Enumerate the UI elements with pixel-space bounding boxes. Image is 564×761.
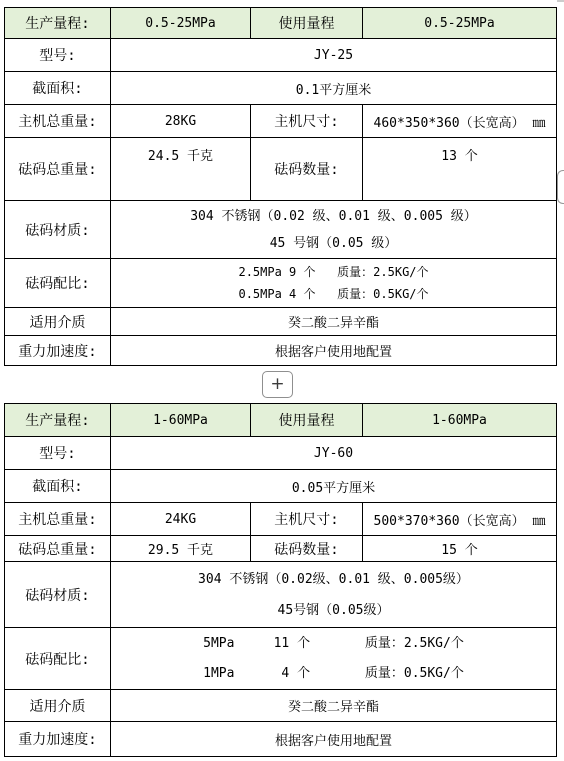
label-gravity: 重力加速度: [5, 722, 111, 757]
value-model: JY-60 [111, 437, 557, 470]
value-weight-total: 29.5 千克 [111, 536, 251, 562]
ratio-line-1: 2.5MPa 9 个 质量：2.5KG/个 [111, 261, 556, 283]
label-model: 型号: [5, 437, 111, 470]
value-weight-total: 24.5 千克 [111, 138, 251, 201]
label-weight-total: 砝码总重量: [5, 536, 111, 562]
value-weight-material: 304 不锈钢（0.02级、0.01 级、0.005级） 45号钢（0.05级） [111, 562, 557, 628]
value-weight-count: 13 个 [363, 138, 557, 201]
table-row: 重力加速度: 根据客户使用地配置 [5, 336, 557, 366]
material-line-1: 304 不锈钢（0.02级、0.01 级、0.005级） [111, 564, 556, 595]
value-gravity: 根据客户使用地配置 [111, 336, 557, 366]
table-row: 截面积: 0.05平方厘米 [5, 470, 557, 503]
material-line-1: 304 不锈钢（0.02 级、0.01 级、0.005 级） [111, 203, 556, 230]
value-host-size: 460*350*360（长宽高） ㎜ [363, 105, 557, 138]
ratio-line-1: 5MPa 11 个 质量：2.5KG/个 [111, 629, 556, 659]
table-row: 生产量程: 1-60MPa 使用量程 1-60MPa [5, 404, 557, 437]
table-row: 主机总重量: 28KG 主机尺寸: 460*350*360（长宽高） ㎜ [5, 105, 557, 138]
value-usage-range: 0.5-25MPa [363, 8, 557, 39]
label-weight-count: 砝码数量: [251, 138, 363, 201]
table-row: 砝码配比: 2.5MPa 9 个 质量：2.5KG/个 0.5MPa 4 个 质… [5, 259, 557, 308]
label-weight-material: 砝码材质: [5, 201, 111, 259]
label-weight-count: 砝码数量: [251, 536, 363, 562]
value-cross-section: 0.05平方厘米 [111, 470, 557, 503]
value-gravity: 根据客户使用地配置 [111, 722, 557, 757]
table-row: 截面积: 0.1平方厘米 [5, 72, 557, 105]
edge-partial-button[interactable] [557, 170, 564, 204]
table-row: 适用介质 癸二酸二异辛酯 [5, 308, 557, 336]
value-weight-ratio: 2.5MPa 9 个 质量：2.5KG/个 0.5MPa 4 个 质量：0.5K… [111, 259, 557, 308]
table-row: 砝码材质: 304 不锈钢（0.02 级、0.01 级、0.005 级） 45 … [5, 201, 557, 259]
label-weight-ratio: 砝码配比: [5, 259, 111, 308]
material-line-2: 45号钢（0.05级） [111, 595, 556, 626]
label-model: 型号: [5, 39, 111, 72]
value-production-range: 0.5-25MPa [111, 8, 251, 39]
label-host-size: 主机尺寸: [251, 105, 363, 138]
label-usage-range: 使用量程 [251, 404, 363, 437]
table-row: 适用介质 癸二酸二异辛酯 [5, 690, 557, 722]
table-row: 砝码总重量: 29.5 千克 砝码数量: 15 个 [5, 536, 557, 562]
label-cross-section: 截面积: [5, 470, 111, 503]
label-usage-range: 使用量程 [251, 8, 363, 39]
label-weight-material: 砝码材质: [5, 562, 111, 628]
value-usage-range: 1-60MPa [363, 404, 557, 437]
table-row: 型号: JY-60 [5, 437, 557, 470]
table-row: 重力加速度: 根据客户使用地配置 [5, 722, 557, 757]
table-row: 砝码配比: 5MPa 11 个 质量：2.5KG/个 1MPa 4 个 质量：0… [5, 628, 557, 690]
label-weight-total: 砝码总重量: [5, 138, 111, 201]
value-model: JY-25 [111, 39, 557, 72]
label-weight-ratio: 砝码配比: [5, 628, 111, 690]
label-medium: 适用介质 [5, 308, 111, 336]
value-production-range: 1-60MPa [111, 404, 251, 437]
material-line-2: 45 号钢（0.05 级） [111, 230, 556, 257]
table-row: 砝码总重量: 24.5 千克 砝码数量: 13 个 [5, 138, 557, 201]
ratio-line-2: 0.5MPa 4 个 质量：0.5KG/个 [111, 283, 556, 305]
label-host-weight: 主机总重量: [5, 105, 111, 138]
value-host-weight: 28KG [111, 105, 251, 138]
plus-icon: + [270, 376, 284, 393]
insert-block-button[interactable]: + [262, 371, 293, 398]
spec-page: 生产量程: 0.5-25MPa 使用量程 0.5-25MPa 型号: JY-25… [0, 0, 564, 761]
value-medium: 癸二酸二异辛酯 [111, 690, 557, 722]
value-cross-section: 0.1平方厘米 [111, 72, 557, 105]
ratio-line-2: 1MPa 4 个 质量：0.5KG/个 [111, 659, 556, 689]
value-weight-ratio: 5MPa 11 个 质量：2.5KG/个 1MPa 4 个 质量：0.5KG/个 [111, 628, 557, 690]
value-medium: 癸二酸二异辛酯 [111, 308, 557, 336]
value-weight-material: 304 不锈钢（0.02 级、0.01 级、0.005 级） 45 号钢（0.0… [111, 201, 557, 259]
corner-fragment [557, 0, 564, 2]
label-production-range: 生产量程: [5, 404, 111, 437]
label-cross-section: 截面积: [5, 72, 111, 105]
spec-table-jy60: 生产量程: 1-60MPa 使用量程 1-60MPa 型号: JY-60 截面积… [4, 403, 557, 757]
label-host-size: 主机尺寸: [251, 503, 363, 536]
table-row: 生产量程: 0.5-25MPa 使用量程 0.5-25MPa [5, 8, 557, 39]
table-row: 主机总重量: 24KG 主机尺寸: 500*370*360（长宽高） ㎜ [5, 503, 557, 536]
label-host-weight: 主机总重量: [5, 503, 111, 536]
table-row: 砝码材质: 304 不锈钢（0.02级、0.01 级、0.005级） 45号钢（… [5, 562, 557, 628]
value-host-weight: 24KG [111, 503, 251, 536]
label-medium: 适用介质 [5, 690, 111, 722]
label-production-range: 生产量程: [5, 8, 111, 39]
label-gravity: 重力加速度: [5, 336, 111, 366]
table-row: 型号: JY-25 [5, 39, 557, 72]
spec-table-jy25: 生产量程: 0.5-25MPa 使用量程 0.5-25MPa 型号: JY-25… [4, 7, 557, 366]
value-weight-count: 15 个 [363, 536, 557, 562]
value-host-size: 500*370*360（长宽高） ㎜ [363, 503, 557, 536]
